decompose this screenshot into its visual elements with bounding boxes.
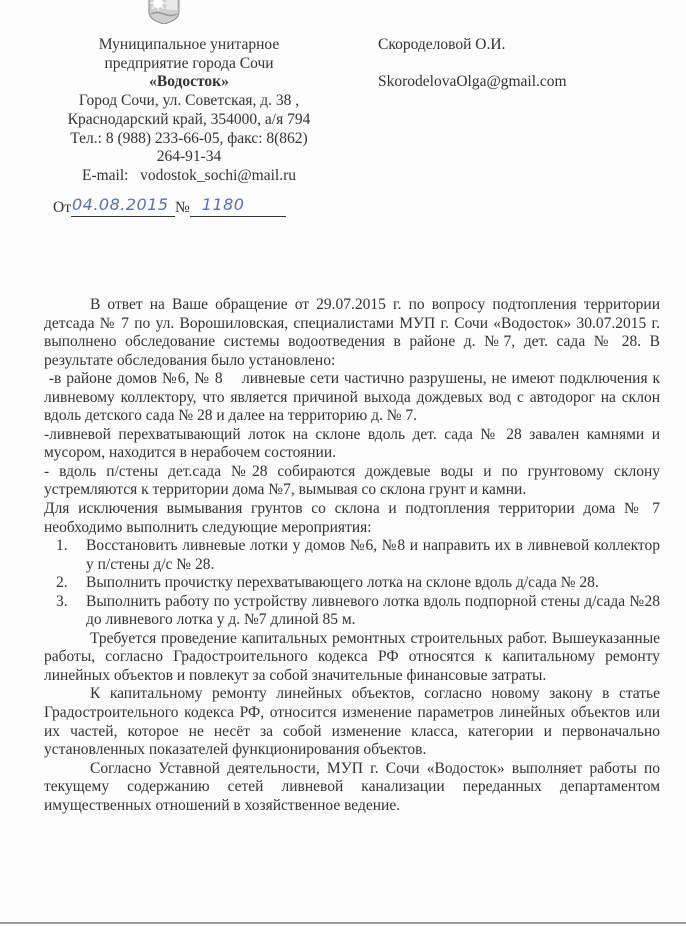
law-paragraph: К капитальному ремонту линейных объектов…	[44, 685, 660, 759]
measure-number: 2.	[56, 574, 68, 593]
phone-line-1: Тел.: 8 (988) 233-66-05, факс: 8(862)	[48, 130, 330, 149]
org-name: «Водосток»	[48, 73, 330, 92]
finding-3: - вдоль п/стены дет.сада №28 собираются …	[44, 463, 660, 500]
measure-item: 1. Восстановить ливневые лотки у домов №…	[56, 537, 660, 574]
address-line-1: Город Сочи, ул. Советская, д. 38 ,	[48, 92, 330, 111]
letter-page: Муниципальное унитарное предприятие горо…	[0, 0, 686, 926]
sender-email: E-mail: vodostok_sochi@mail.ru	[48, 167, 330, 186]
recipient-block: Скороделовой О.И. SkorodelovaOlga@gmail.…	[378, 36, 567, 91]
org-line-2: предприятие города Сочи	[48, 55, 330, 74]
intro-paragraph: В ответ на Ваше обращение от 29.07.2015 …	[44, 296, 660, 370]
measure-number: 3.	[56, 593, 68, 612]
finding-1: -в районе домов №6, № 8 ливневые сети ча…	[44, 370, 660, 426]
handwritten-number: 1180	[202, 195, 245, 214]
charter-paragraph: Согласно Уставной деятельности, МУП г. С…	[44, 760, 660, 816]
reference-line: От 04.08.2015 № 1180	[53, 196, 286, 217]
letter-body: В ответ на Ваше обращение от 29.07.2015 …	[44, 296, 660, 815]
from-label: От	[53, 199, 71, 217]
measures-list: 1. Восстановить ливневые лотки у домов №…	[44, 537, 660, 630]
capital-repair-paragraph: Требуется проведение капитальных ремонтн…	[44, 630, 660, 686]
measures-intro: Для исключения вымывания грунтов со скло…	[44, 500, 660, 537]
recipient-name: Скороделовой О.И.	[378, 36, 567, 55]
measure-item: 3. Выполнить работу по устройству ливнев…	[56, 593, 660, 630]
finding-2: -ливневой перехватывающий лоток на склон…	[44, 426, 660, 463]
date-field: 04.08.2015	[71, 196, 175, 217]
org-line-1: Муниципальное унитарное	[48, 36, 330, 55]
sender-letterhead: Муниципальное унитарное предприятие горо…	[48, 36, 330, 186]
recipient-email: SkorodelovaOlga@gmail.com	[378, 73, 567, 92]
measure-text: Выполнить работу по устройству ливневого…	[86, 593, 660, 629]
number-field: 1180	[190, 196, 286, 217]
page-bottom-edge	[0, 922, 686, 924]
measure-item: 2. Выполнить прочистку перехватывающего …	[56, 574, 660, 593]
measure-text: Выполнить прочистку перехватывающего лот…	[86, 574, 599, 591]
coat-of-arms-icon	[147, 0, 181, 24]
phone-line-2: 264-91-34	[48, 148, 330, 167]
handwritten-date: 04.08.2015	[72, 195, 169, 214]
number-label: №	[175, 199, 190, 217]
measure-text: Восстановить ливневые лотки у домов №6, …	[86, 537, 660, 573]
measure-number: 1.	[56, 537, 68, 556]
address-line-2: Краснодарский край, 354000, а/я 794	[48, 111, 330, 130]
